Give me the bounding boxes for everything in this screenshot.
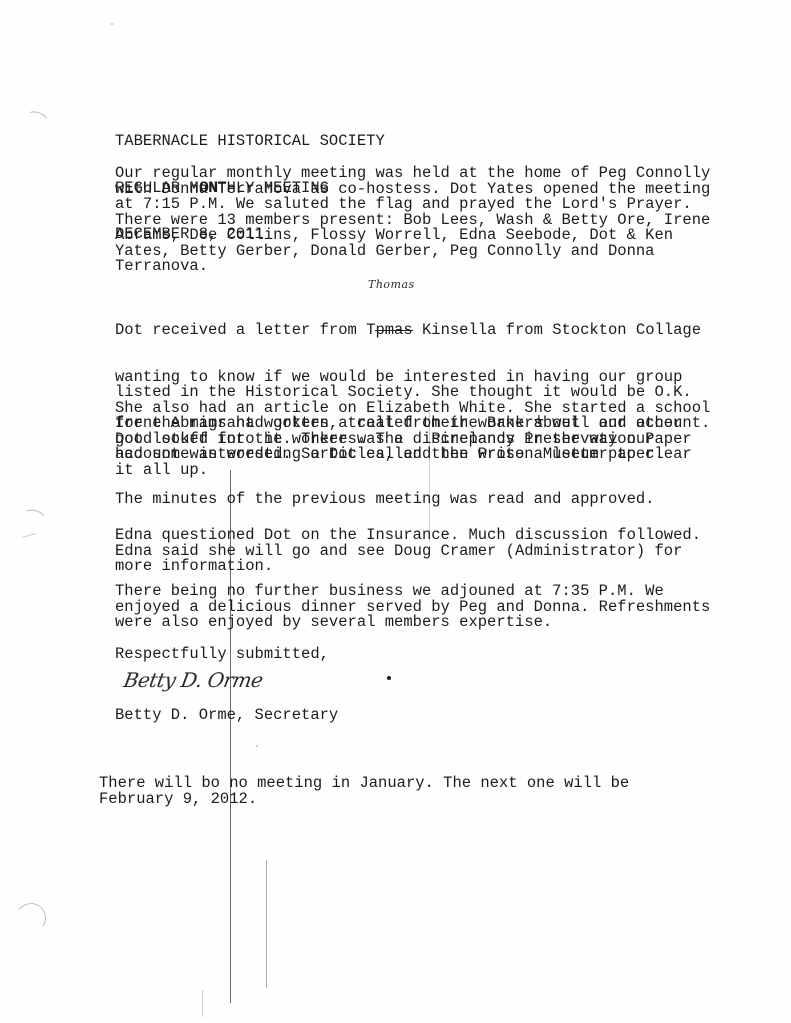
bank-paragraph: Irene Abrams had gotten a call from the … <box>115 416 710 478</box>
insurance-paragraph: Edna questioned Dot on the Insurance. Mu… <box>115 528 701 575</box>
organization-name: TABERNACLE HISTORICAL SOCIETY <box>115 134 385 150</box>
hole-punch-mark <box>20 507 47 529</box>
scan-speck <box>111 23 113 25</box>
hole-punch-mark <box>23 108 51 131</box>
attendance-paragraph: Our regular monthly meeting was held at … <box>115 166 710 275</box>
insertion-mark: + <box>533 412 545 428</box>
text-after-strike: Kinsella from Stockton Collage <box>413 321 701 339</box>
footer-note: There will bo no meeting in January. The… <box>99 776 629 807</box>
handwritten-correction: Thomas <box>368 278 415 291</box>
signature-line: Betty D. Orme, Secretary <box>115 708 338 724</box>
hole-punch-mark <box>14 901 49 936</box>
closing-line: Respectfully submitted, <box>115 647 329 663</box>
handwritten-signature: Betty D. Orme <box>122 668 265 692</box>
hole-punch-mark <box>22 533 36 538</box>
scan-line-artifact <box>202 990 203 1017</box>
adjournment-paragraph: There being no further business we adjou… <box>115 584 710 631</box>
minutes-paragraph: The minutes of the previous meeting was … <box>115 492 655 508</box>
paragraph-line: more information. <box>115 559 701 575</box>
ink-dot <box>387 676 391 680</box>
scan-line-artifact <box>266 860 267 988</box>
paragraph-line: February 9, 2012. <box>99 792 629 808</box>
text-before-strike: Dot received a letter from T <box>115 321 375 339</box>
scan-speck <box>256 745 258 747</box>
paragraph-line: were also enjoyed by several members exp… <box>115 615 710 631</box>
scanned-page: TABERNACLE HISTORICAL SOCIETY REGULAR MO… <box>0 0 791 1023</box>
struck-text: pmas <box>375 321 412 339</box>
paragraph-line: Terranova. <box>115 259 710 275</box>
paragraph-line: it all up. <box>115 463 710 479</box>
paragraph-line: Dot received a letter from Tpmas Kinsell… <box>115 323 710 339</box>
paragraph-line: The minutes of the previous meeting was … <box>115 492 655 508</box>
